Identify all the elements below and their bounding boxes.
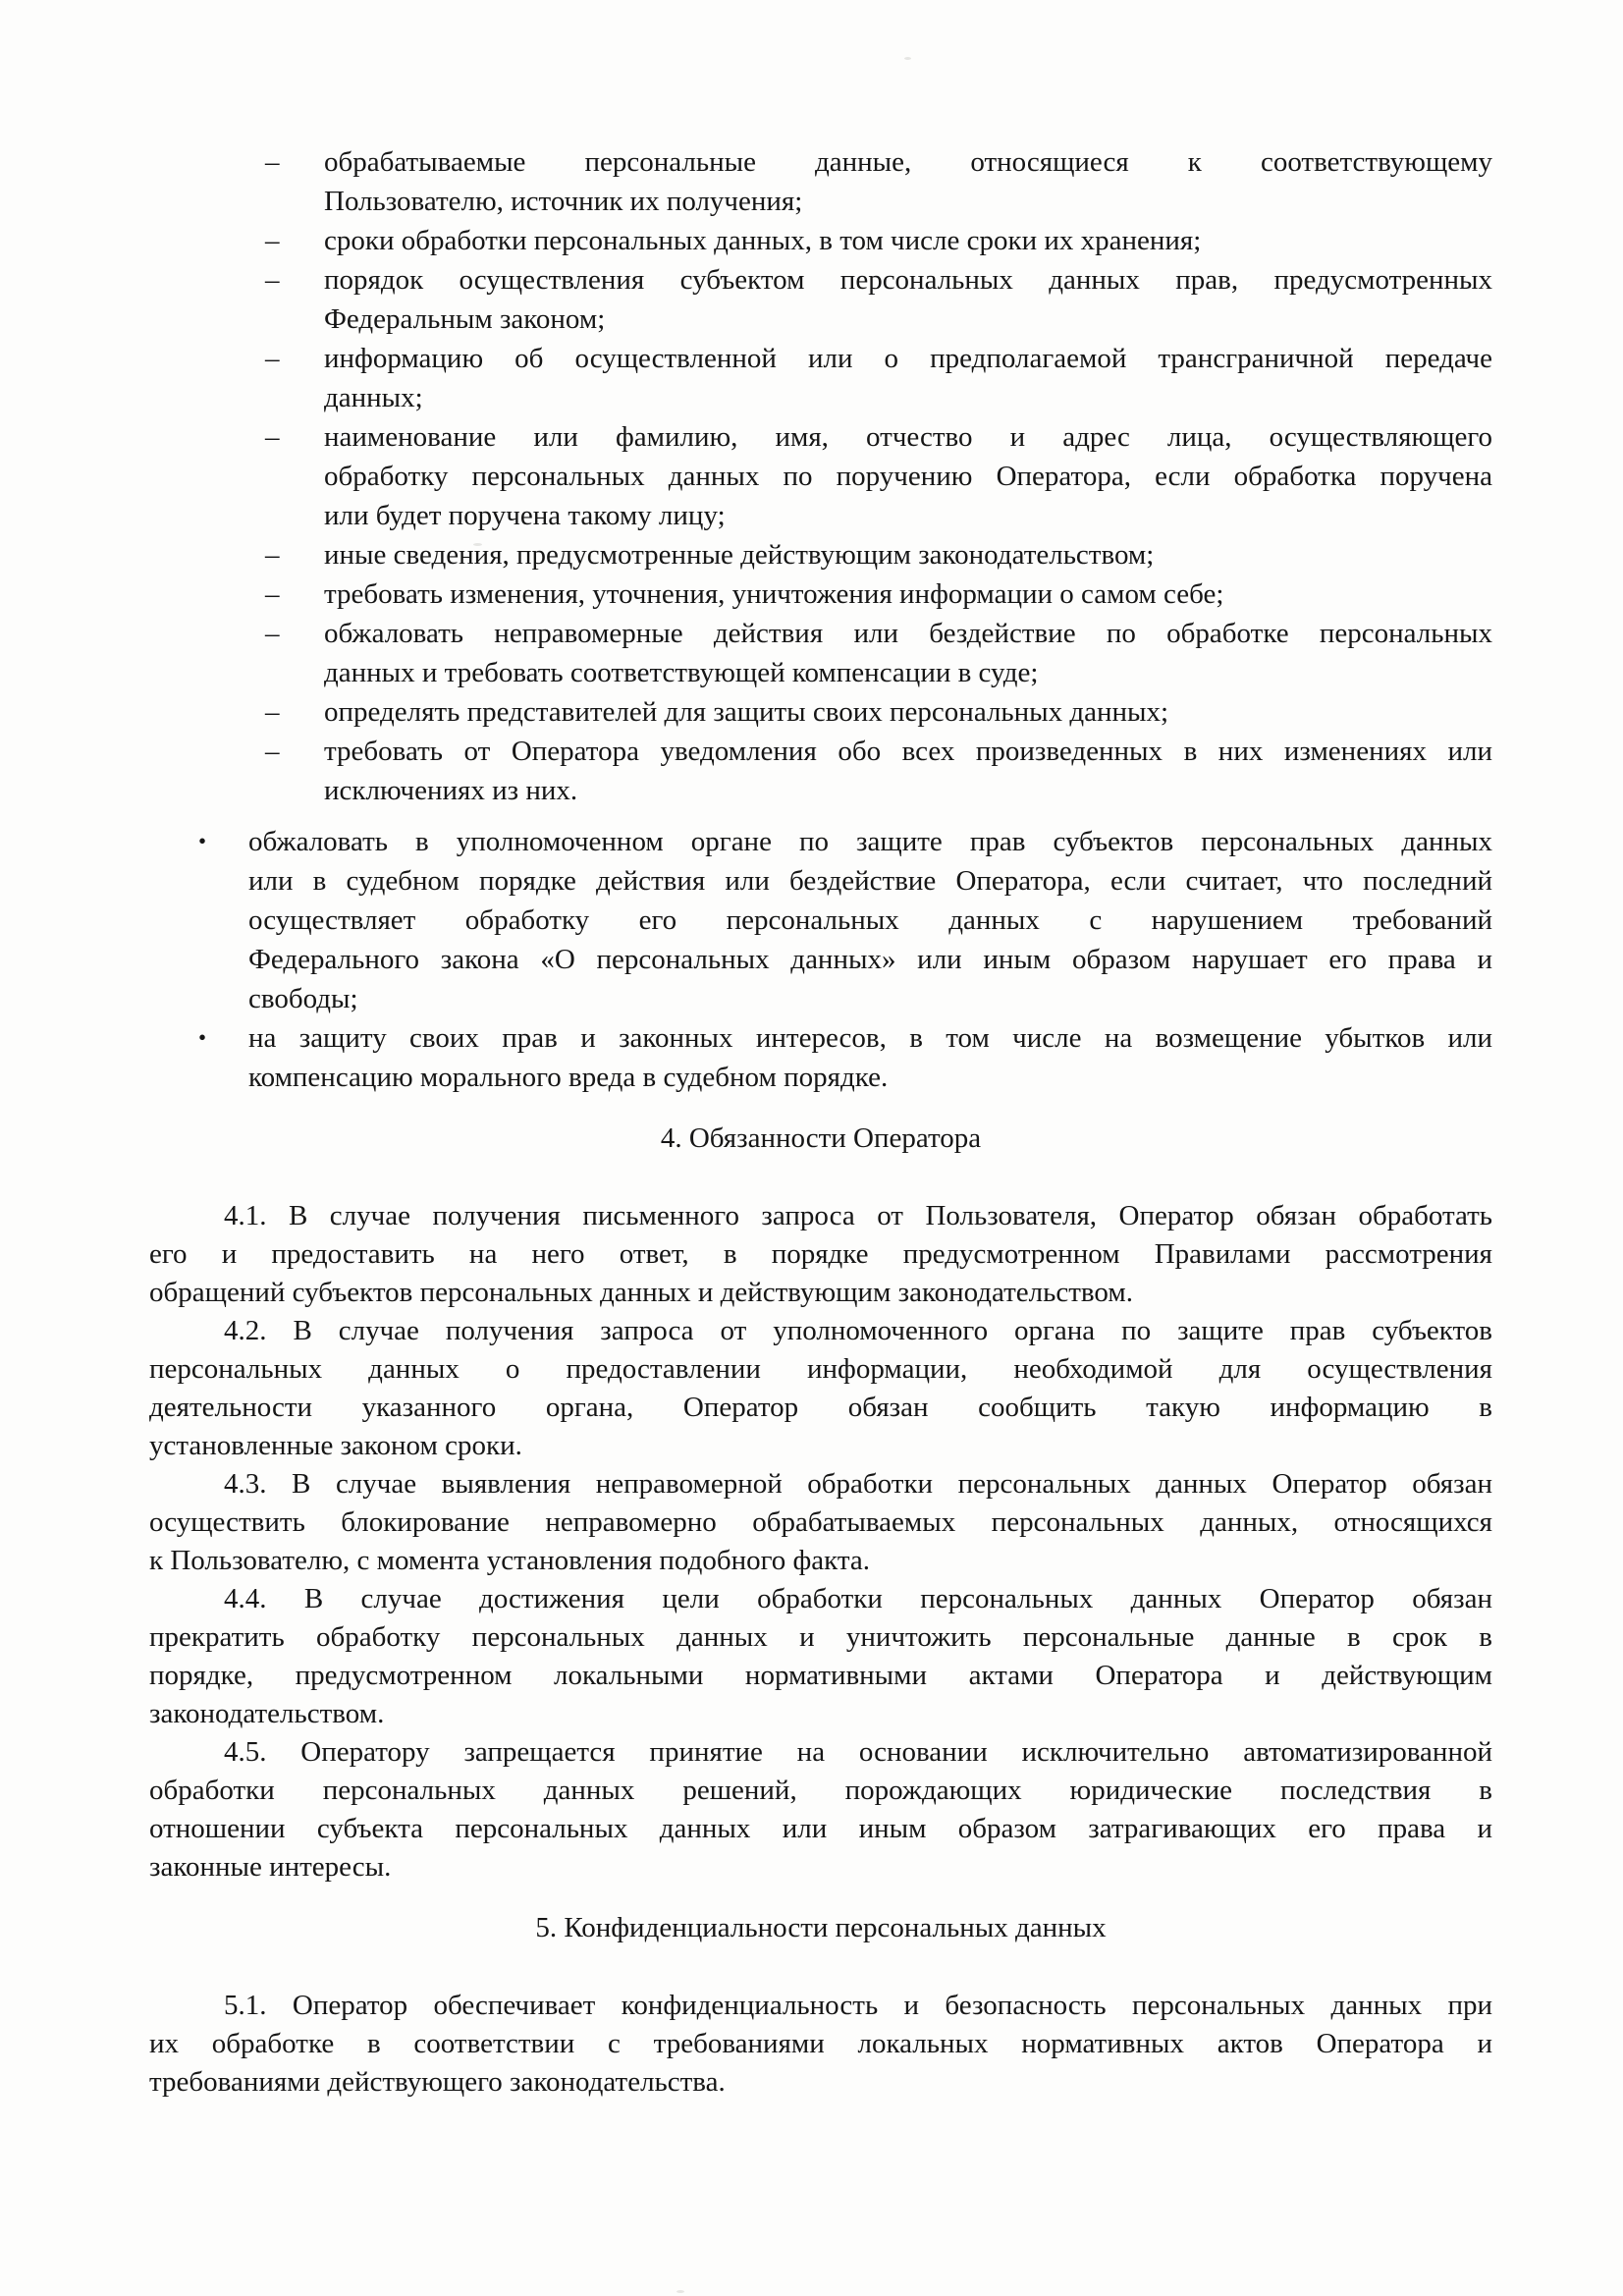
dash-marker-icon: – <box>265 574 280 614</box>
text-line: осуществляет обработку его персональных … <box>248 901 1492 940</box>
text-line: компенсацию морального вреда в судебном … <box>248 1058 1492 1097</box>
dash-list-item: –сроки обработки персональных данных, в … <box>149 221 1492 260</box>
text-line: отношении субъекта персональных данных и… <box>149 1810 1492 1848</box>
text-line: законные интересы. <box>149 1848 1492 1886</box>
text-line: порядок осуществления субъектом персонал… <box>324 260 1492 300</box>
text-line: данных и требовать соответствующей компе… <box>324 653 1492 692</box>
text-line: Пользователю, источник их получения; <box>324 182 1492 221</box>
bullet-list-item: •обжаловать в уполномоченном органе по з… <box>149 822 1492 1018</box>
paragraph: 5.1. Оператор обеспечивает конфиденциаль… <box>149 1987 1492 2102</box>
bullet-list-item: •на защиту своих прав и законных интерес… <box>149 1018 1492 1097</box>
text-line: требовать от Оператора уведомления обо в… <box>324 732 1492 771</box>
text-line: обработки персональных данных решений, п… <box>149 1772 1492 1810</box>
text-line: законодательством. <box>149 1695 1492 1733</box>
text-line: прекратить обработку персональных данных… <box>149 1618 1492 1657</box>
text-line: обжаловать в уполномоченном органе по за… <box>248 822 1492 861</box>
dash-marker-icon: – <box>265 260 280 300</box>
dash-marker-icon: – <box>265 732 280 771</box>
text-line: обработку персональных данных по поручен… <box>324 457 1492 496</box>
text-line: 4.4. В случае достижения цели обработки … <box>149 1580 1492 1618</box>
text-line: их обработке в соответствии с требования… <box>149 2025 1492 2063</box>
bullet-marker-icon: • <box>198 822 206 860</box>
text-line: требованиями действующего законодательст… <box>149 2063 1492 2102</box>
dash-marker-icon: – <box>265 692 280 732</box>
dash-marker-icon: – <box>265 339 280 378</box>
dash-marker-icon: – <box>265 417 280 457</box>
dash-list-item: –требовать изменения, уточнения, уничтож… <box>149 574 1492 614</box>
scan-speck-artifact <box>473 543 482 546</box>
text-line: установленные законом сроки. <box>149 1427 1492 1465</box>
text-line: 5.1. Оператор обеспечивает конфиденциаль… <box>149 1987 1492 2025</box>
text-line: деятельности указанного органа, Оператор… <box>149 1389 1492 1427</box>
text-line: обращений субъектов персональных данных … <box>149 1274 1492 1312</box>
document-page: –обрабатываемые персональные данные, отн… <box>0 0 1623 2296</box>
paragraph: 4.5. Оператору запрещается принятие на о… <box>149 1733 1492 1886</box>
section-heading: 5. Конфиденциальности персональных данны… <box>149 1908 1492 1947</box>
section-heading: 4. Обязанности Оператора <box>149 1119 1492 1158</box>
text-line: 4.1. В случае получения письменного запр… <box>149 1197 1492 1235</box>
text-line: 4.3. В случае выявления неправомерной об… <box>149 1465 1492 1503</box>
text-line: иные сведения, предусмотренные действующ… <box>324 535 1492 574</box>
text-line: Федерального закона «О персональных данн… <box>248 940 1492 979</box>
text-line: порядке, предусмотренном локальными норм… <box>149 1657 1492 1695</box>
text-line: свободы; <box>248 979 1492 1018</box>
paragraph: 4.3. В случае выявления неправомерной об… <box>149 1465 1492 1580</box>
dash-list-item: –обжаловать неправомерные действия или б… <box>149 614 1492 692</box>
paragraph: 4.1. В случае получения письменного запр… <box>149 1197 1492 1312</box>
dash-list-item: –порядок осуществления субъектом персона… <box>149 260 1492 339</box>
text-line: исключениях из них. <box>324 771 1492 810</box>
dash-list-item: –требовать от Оператора уведомления обо … <box>149 732 1492 810</box>
dash-marker-icon: – <box>265 221 280 260</box>
dash-list-item: –информацию об осуществленной или о пред… <box>149 339 1492 417</box>
dash-marker-icon: – <box>265 614 280 653</box>
paragraph: 4.4. В случае достижения цели обработки … <box>149 1580 1492 1733</box>
text-line: 4.2. В случае получения запроса от уполн… <box>149 1312 1492 1350</box>
paragraph: 4.2. В случае получения запроса от уполн… <box>149 1312 1492 1465</box>
dash-list-item: –определять представителей для защиты св… <box>149 692 1492 732</box>
text-line: данных; <box>324 378 1492 417</box>
text-line: обжаловать неправомерные действия или бе… <box>324 614 1492 653</box>
text-line: или в судебном порядке действия или безд… <box>248 861 1492 901</box>
dash-marker-icon: – <box>265 535 280 574</box>
text-line: требовать изменения, уточнения, уничтоже… <box>324 574 1492 614</box>
text-line: на защиту своих прав и законных интересо… <box>248 1018 1492 1058</box>
document-body: –обрабатываемые персональные данные, отн… <box>149 142 1492 2102</box>
text-line: к Пользователю, с момента установления п… <box>149 1542 1492 1580</box>
text-line: осуществить блокирование неправомерно об… <box>149 1503 1492 1542</box>
dash-list-item: –иные сведения, предусмотренные действую… <box>149 535 1492 574</box>
text-line: определять представителей для защиты сво… <box>324 692 1492 732</box>
text-line: информацию об осуществленной или о предп… <box>324 339 1492 378</box>
text-line: 4.5. Оператору запрещается принятие на о… <box>149 1733 1492 1772</box>
text-line: персональных данных о предоставлении инф… <box>149 1350 1492 1389</box>
text-line: или будет поручена такому лицу; <box>324 496 1492 535</box>
dash-list-item: –наименование или фамилию, имя, отчество… <box>149 417 1492 535</box>
scan-speck-artifact <box>904 57 911 60</box>
text-line: Федеральным законом; <box>324 300 1492 339</box>
text-line: наименование или фамилию, имя, отчество … <box>324 417 1492 457</box>
text-line: его и предоставить на него ответ, в поря… <box>149 1235 1492 1274</box>
text-line: сроки обработки персональных данных, в т… <box>324 221 1492 260</box>
dash-marker-icon: – <box>265 142 280 182</box>
text-line: обрабатываемые персональные данные, отно… <box>324 142 1492 182</box>
scan-speck-artifact <box>676 2290 684 2293</box>
bullet-marker-icon: • <box>198 1018 206 1057</box>
dash-list-item: –обрабатываемые персональные данные, отн… <box>149 142 1492 221</box>
